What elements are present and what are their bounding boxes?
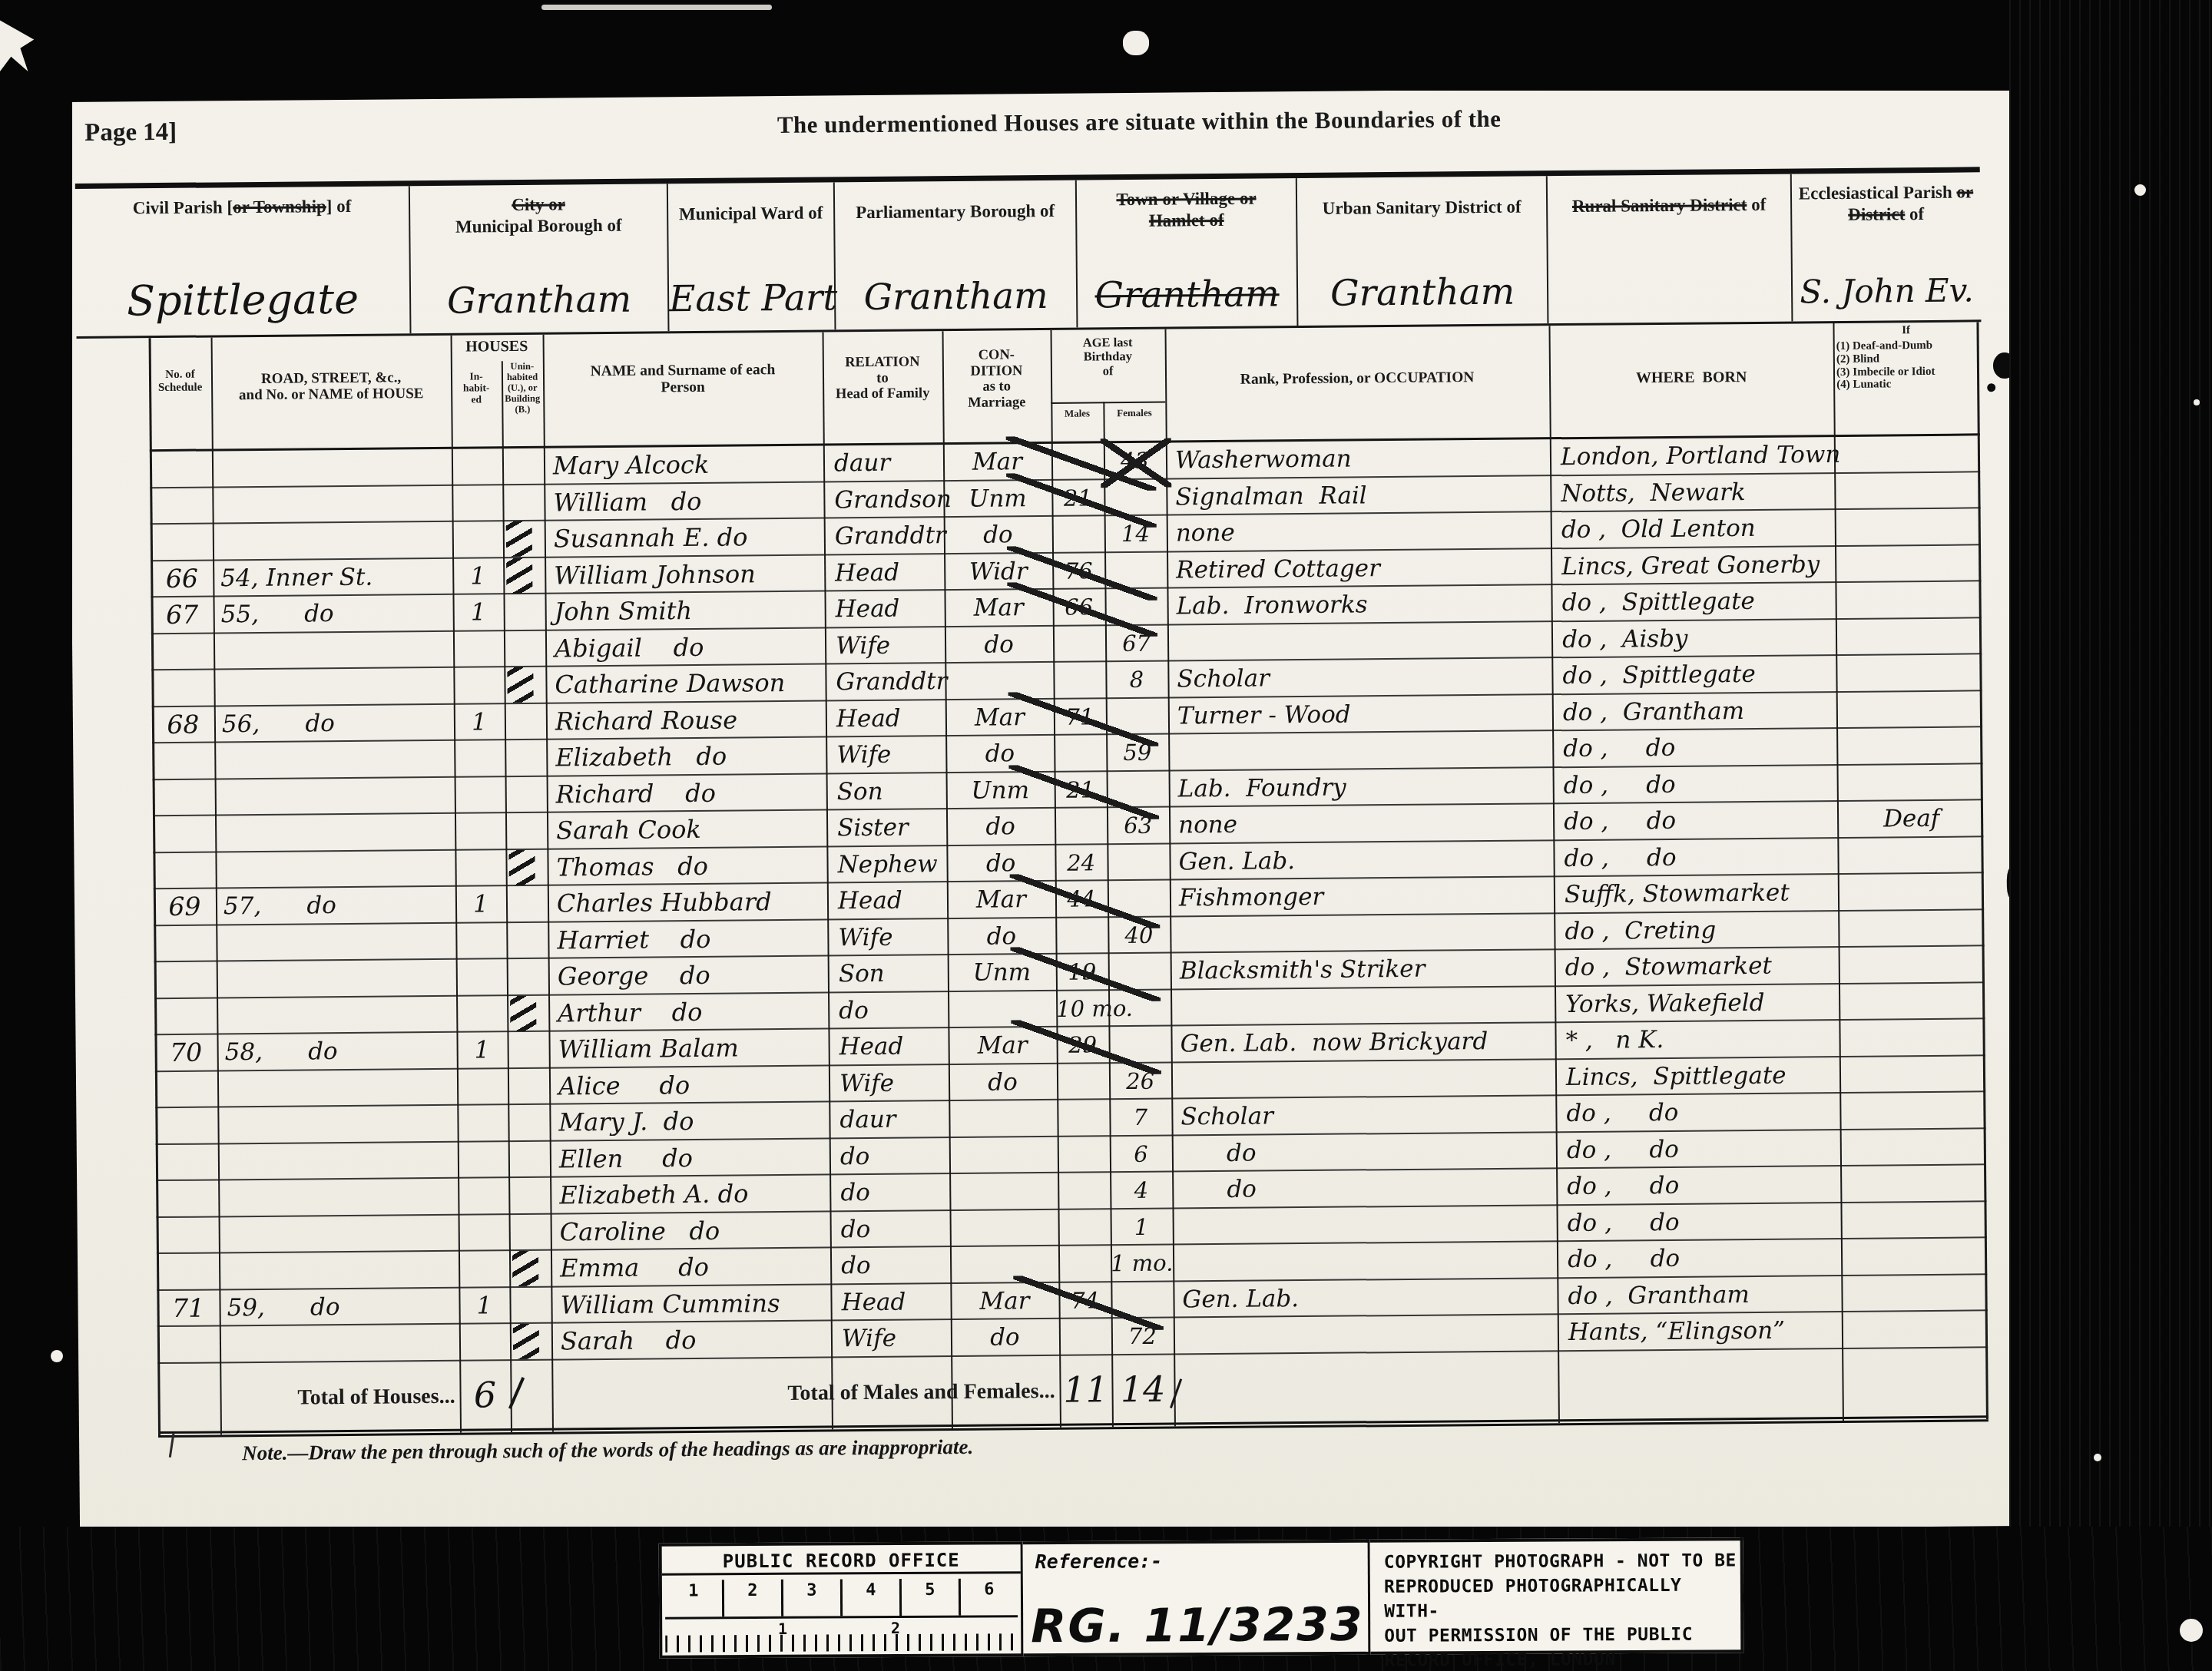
cell-person-name: Elizabeth A. do xyxy=(550,1175,829,1213)
cell-occupation: do xyxy=(1172,1133,1556,1171)
municipal-ward-label: Municipal Ward of xyxy=(668,191,833,225)
label-part: Municipal Borough of xyxy=(455,216,622,237)
ruler-cm-cell: 3 xyxy=(783,1579,843,1616)
cell-road-street xyxy=(213,522,452,560)
cell-road-street: 55, do xyxy=(213,595,452,633)
cell-age-female xyxy=(1107,844,1169,880)
film-border-left xyxy=(0,0,72,1671)
table-body: Mary Alcock daur Mar 43 Washerwoman Lond… xyxy=(150,435,1988,1363)
copyright-line: REPRODUCED PHOTOGRAPHICALLY WITH- xyxy=(1384,1573,1740,1623)
cell-where-born: do , do xyxy=(1557,1239,1841,1277)
header-box-town-village: Town or Village orHamlet of Grantham xyxy=(1077,178,1299,327)
cell-houses-inhabited: 1 xyxy=(452,594,503,630)
cell-age-female: 14 xyxy=(1104,516,1167,552)
cell-where-born: do , Aisby xyxy=(1551,620,1836,657)
ecclesiastical-parish-label: Ecclesiastical Parish orDistrict of xyxy=(1792,181,1980,226)
cell-where-born: Suffk, Stowmarket xyxy=(1554,875,1838,912)
film-scratch xyxy=(541,5,772,10)
cell-relation: Head xyxy=(824,591,944,627)
cell-relation: do xyxy=(829,1174,949,1210)
cell-where-born: Hants, “Elingson” xyxy=(1558,1312,1842,1350)
cell-age-male: 66 xyxy=(1052,589,1104,625)
ruler-cm-cell: 2 xyxy=(724,1580,783,1616)
municipal-borough-value: Grantham xyxy=(447,279,632,323)
cell-houses-inhabited xyxy=(457,1105,508,1141)
cell-schedule-number: 70 xyxy=(154,1034,217,1070)
household-end-mark xyxy=(506,558,532,593)
cell-houses-inhabited: 1 xyxy=(459,1288,509,1324)
cell-infirmity xyxy=(1837,837,1983,874)
cell-houses-uninhabited xyxy=(508,1068,549,1104)
cell-age-female: 26 xyxy=(1109,1063,1171,1099)
cell-houses-inhabited xyxy=(455,850,505,886)
copyright-line: OUT PERMISSION OF THE PUBLIC xyxy=(1384,1622,1740,1648)
cell-road-street xyxy=(219,1252,459,1289)
col-header-males: Males xyxy=(1051,408,1103,419)
film-border-right xyxy=(2009,0,2212,1671)
cell-person-name: John Smith xyxy=(545,591,824,629)
cell-where-born: do , do xyxy=(1553,839,1837,876)
cell-where-born: do , Stowmarket xyxy=(1555,948,1839,985)
cell-infirmity xyxy=(1836,727,1982,764)
cell-houses-inhabited: 1 xyxy=(456,1032,507,1068)
ruler-cm-cell: 5 xyxy=(902,1579,961,1616)
cell-where-born: Notts, Newark xyxy=(1550,474,1834,511)
municipal-borough-label: City orMunicipal Borough of xyxy=(410,193,667,238)
cell-road-street xyxy=(212,485,452,523)
cell-age-female: 40 xyxy=(1108,917,1170,953)
cell-age-female: 1 xyxy=(1110,1209,1172,1245)
cell-road-street xyxy=(215,777,455,815)
film-speck xyxy=(2094,1454,2101,1461)
col-header-infirmity-title: If xyxy=(1833,323,1979,337)
cell-occupation: Turner - Wood xyxy=(1168,695,1552,733)
cell-person-name: Abigail do xyxy=(545,628,825,666)
cell-where-born: do , do xyxy=(1556,1203,1840,1240)
cell-relation: Wife xyxy=(831,1320,951,1356)
parliamentary-borough-label: Parliamentary Borough of xyxy=(835,190,1075,224)
cell-occupation: none xyxy=(1167,512,1551,551)
col-header-females: Females xyxy=(1103,408,1165,419)
copyright-line: COPYRIGHT PHOTOGRAPH - NOT TO BE xyxy=(1384,1548,1740,1574)
cell-age-female xyxy=(1104,552,1167,588)
cell-condition xyxy=(949,1100,1057,1137)
cell-occupation: do xyxy=(1172,1169,1556,1207)
household-end-mark xyxy=(513,1324,539,1359)
cell-condition: Mar xyxy=(945,699,1054,735)
cell-occupation: Lab. Ironworks xyxy=(1167,585,1551,624)
cell-relation: Nephew xyxy=(826,846,946,882)
cell-infirmity xyxy=(1836,654,1982,691)
label-part-struck: Hamlet of xyxy=(1149,210,1224,230)
cell-age-female: 1 mo. xyxy=(1111,1246,1173,1282)
cell-occupation: Scholar xyxy=(1171,1096,1555,1134)
ruler-inches: 1 2 xyxy=(665,1618,1018,1653)
cell-age-male xyxy=(1058,1246,1111,1282)
cell-infirmity xyxy=(1838,910,1984,947)
cell-person-name: Richard do xyxy=(547,774,826,812)
cell-person-name: Charles Hubbard xyxy=(548,883,827,921)
household-end-mark xyxy=(512,1251,538,1286)
cell-road-street xyxy=(218,1179,458,1216)
col-header-inhabited: In- habit- ed xyxy=(451,370,502,405)
cell-where-born: do , Creting xyxy=(1554,911,1838,948)
cell-age-male: 24 xyxy=(1055,845,1107,881)
cell-occupation xyxy=(1167,622,1551,660)
cell-houses-uninhabited xyxy=(507,1032,548,1067)
cell-person-name: Caroline do xyxy=(551,1212,830,1249)
cell-schedule-number xyxy=(154,998,217,1034)
cell-infirmity xyxy=(1840,1202,1986,1239)
municipal-ward-value: East Part xyxy=(669,276,838,320)
cell-infirmity xyxy=(1835,508,1981,545)
cell-houses-inhabited xyxy=(458,1178,508,1214)
cell-age-male: 19 xyxy=(1056,954,1108,990)
cell-occupation xyxy=(1171,1060,1555,1098)
cell-houses-uninhabited xyxy=(505,813,547,849)
cell-road-street xyxy=(219,1215,459,1252)
cell-houses-uninhabited xyxy=(504,630,545,666)
cell-age-male: 29 xyxy=(1056,1027,1108,1063)
header-box-municipal-borough: City orMunicipal Borough of Grantham xyxy=(410,184,670,333)
cell-relation: Head xyxy=(824,554,944,591)
cell-age-male: 44 xyxy=(1055,881,1108,917)
cell-relation: Wife xyxy=(825,627,945,663)
cell-relation: Granddtr xyxy=(825,663,945,700)
stamp-ruler-section: PUBLIC RECORD OFFICE 123456 1 2 xyxy=(659,1541,1024,1658)
cell-houses-uninhabited xyxy=(507,959,548,994)
cell-houses-inhabited xyxy=(456,996,507,1032)
cell-where-born: do , Spittlegate xyxy=(1551,583,1835,620)
cell-infirmity xyxy=(1838,873,1984,910)
cell-houses-inhabited xyxy=(454,740,505,776)
cell-age-male: 21 xyxy=(1051,480,1104,516)
cell-age-female xyxy=(1108,990,1171,1026)
footer-note: Note.—Draw the pen through such of the w… xyxy=(242,1435,973,1465)
cell-road-street xyxy=(217,960,456,998)
cell-schedule-number: 68 xyxy=(152,706,214,743)
cell-condition: Mar xyxy=(947,882,1055,918)
cell-relation: Son xyxy=(826,773,946,809)
cell-houses-inhabited xyxy=(455,813,505,849)
copyright-text: COPYRIGHT PHOTOGRAPH - NOT TO BEREPRODUC… xyxy=(1370,1537,1744,1655)
age-subheader-rule xyxy=(1051,402,1165,404)
cell-infirmity xyxy=(1841,1275,1987,1312)
cell-houses-uninhabited xyxy=(505,740,546,776)
cell-road-street xyxy=(214,631,453,669)
cell-age-female: 43 xyxy=(1104,443,1166,479)
cell-occupation: Washerwoman xyxy=(1166,439,1550,478)
cell-where-born: Lincs, Great Gonerby xyxy=(1551,547,1835,584)
urban-sanitary-label: Urban Sanitary District of xyxy=(1297,185,1546,220)
cell-relation: Sister xyxy=(826,809,946,845)
cell-occupation: Blacksmith's Striker xyxy=(1171,950,1555,988)
cell-occupation: Scholar xyxy=(1167,658,1551,697)
cell-age-male: 71 xyxy=(1054,699,1106,735)
cell-where-born: Lincs, Spittlegate xyxy=(1555,1057,1839,1094)
cell-condition: do xyxy=(951,1319,1059,1355)
household-end-mark xyxy=(508,849,535,885)
cell-age-female xyxy=(1108,954,1171,990)
film-border-top xyxy=(0,0,2212,91)
cell-road-street xyxy=(214,668,453,706)
cell-age-male: 10 mo. xyxy=(1056,991,1108,1027)
cell-condition: Mar xyxy=(944,590,1052,626)
label-part: ] of xyxy=(326,197,352,216)
total-houses-label: Total of Houses... xyxy=(220,1361,460,1434)
cell-person-name: Sarah do xyxy=(551,1321,831,1358)
cell-road-street xyxy=(217,996,456,1034)
col-header-schedule: No. of Schedule xyxy=(149,368,211,394)
cell-road-street xyxy=(217,1069,457,1107)
cell-age-male: 74 xyxy=(1058,1282,1111,1319)
col-header-relation: RELATION to Head of Family xyxy=(823,354,943,403)
cell-schedule-number: 71 xyxy=(157,1290,219,1326)
cell-schedule-number xyxy=(153,779,215,816)
cell-infirmity xyxy=(1839,1092,1985,1129)
cell-occupation xyxy=(1172,1206,1556,1244)
cell-age-male xyxy=(1058,1173,1110,1209)
cell-condition: do xyxy=(944,517,1052,553)
cell-condition xyxy=(949,1137,1058,1173)
cell-houses-uninhabited xyxy=(509,1214,551,1249)
cell-houses-uninhabited xyxy=(508,1141,550,1176)
cell-where-born: do , Old Lenton xyxy=(1551,510,1835,548)
cell-road-street xyxy=(215,850,455,888)
geography-header: Civil Parish [or Township] of Spittlegat… xyxy=(75,167,1982,339)
cell-age-male xyxy=(1058,1209,1110,1246)
cell-schedule-number xyxy=(155,1071,217,1107)
cell-houses-inhabited: 1 xyxy=(454,704,505,740)
film-speck xyxy=(2180,1619,2203,1642)
cell-infirmity xyxy=(1834,472,1980,509)
cell-condition xyxy=(950,1246,1058,1282)
cell-relation: do xyxy=(828,992,948,1028)
cell-relation: Grandson xyxy=(823,481,943,518)
spacer xyxy=(1842,1348,1988,1420)
cell-houses-uninhabited xyxy=(505,703,546,739)
cell-occupation xyxy=(1173,1242,1557,1280)
copyright-line: RECORD OFFICE, LONDON xyxy=(1384,1646,1740,1671)
cell-relation: Head xyxy=(827,882,947,918)
cell-condition: do xyxy=(946,845,1055,881)
cell-schedule-number xyxy=(150,488,212,524)
cell-road-street: 56, do xyxy=(214,704,454,742)
cell-condition: Widr xyxy=(944,553,1052,589)
cell-where-born: do , do xyxy=(1556,1166,1840,1204)
cell-houses-uninhabited xyxy=(507,995,548,1031)
cell-schedule-number xyxy=(153,852,215,888)
film-speck xyxy=(2194,399,2200,405)
cell-houses-inhabited xyxy=(453,667,504,703)
public-record-office-stamp: PUBLIC RECORD OFFICE 123456 1 2 Referenc… xyxy=(659,1537,1744,1658)
cell-age-male xyxy=(1054,735,1106,771)
cell-age-male xyxy=(1053,662,1105,698)
total-houses-value: 6 xyxy=(459,1361,511,1432)
urban-sanitary-value: Grantham xyxy=(1330,271,1515,315)
cell-age-male xyxy=(1057,1100,1109,1136)
totals-stray-mark xyxy=(157,1363,220,1434)
cell-houses-inhabited xyxy=(458,1142,508,1178)
header-box-municipal-ward: Municipal Ward of East Part xyxy=(668,182,836,331)
cell-person-name: William Balam xyxy=(548,1029,828,1067)
civil-parish-value: Spittlegate xyxy=(127,275,359,326)
cell-occupation xyxy=(1170,914,1554,952)
cell-houses-uninhabited xyxy=(506,886,548,922)
cell-person-name: Thomas do xyxy=(547,847,826,885)
spacer xyxy=(1558,1348,1843,1421)
cell-occupation: Gen. Lab. xyxy=(1173,1279,1557,1317)
cell-houses-inhabited xyxy=(452,521,503,558)
cell-age-female xyxy=(1108,881,1170,917)
cell-condition: Unm xyxy=(948,955,1056,991)
cell-relation: Granddtr xyxy=(824,518,944,554)
cell-person-name: Susannah E. do xyxy=(545,519,824,557)
cell-condition: Mar xyxy=(943,444,1051,480)
cell-road-street: 58, do xyxy=(217,1033,456,1070)
cell-age-female: 59 xyxy=(1106,735,1168,771)
cell-relation: Head xyxy=(828,1028,948,1064)
cell-schedule-number xyxy=(156,1144,218,1180)
stamp-title: PUBLIC RECORD OFFICE xyxy=(662,1544,1021,1575)
cell-houses-uninhabited xyxy=(503,594,545,630)
cell-age-male xyxy=(1055,918,1108,954)
cell-houses-inhabited xyxy=(455,777,505,813)
page-banner-title: The undermentioned Houses are situate wi… xyxy=(298,101,1980,143)
ink-blot xyxy=(1987,383,1995,392)
cell-road-street xyxy=(220,1325,459,1362)
cell-infirmity xyxy=(1840,1129,1986,1166)
cell-condition xyxy=(949,1173,1058,1209)
header-box-urban-sanitary: Urban Sanitary District of Grantham xyxy=(1297,176,1549,326)
cell-houses-uninhabited xyxy=(509,1251,551,1286)
page-number-label: Page 14] xyxy=(84,118,177,147)
cell-relation: Wife xyxy=(826,736,945,773)
cell-relation: Son xyxy=(828,955,948,991)
cell-infirmity xyxy=(1839,946,1985,983)
spacer xyxy=(1174,1352,1558,1425)
cell-schedule-number xyxy=(151,670,214,706)
cell-relation: do xyxy=(830,1211,950,1247)
cell-occupation: Gen. Lab. now Brickyard xyxy=(1171,1023,1555,1061)
label-part-struck: or xyxy=(1956,182,1973,201)
cell-condition: do xyxy=(946,809,1055,845)
census-page: Page 14] The undermentioned Houses are s… xyxy=(68,85,2023,1543)
cell-houses-inhabited xyxy=(456,959,507,995)
cell-relation: Wife xyxy=(827,919,947,955)
cell-occupation: Retired Cottager xyxy=(1167,549,1551,587)
film-speck xyxy=(2134,184,2146,196)
cell-infirmity: Deaf xyxy=(1837,800,1983,837)
cell-person-name: Ellen do xyxy=(550,1139,829,1176)
cell-person-name: William Johnson xyxy=(545,555,824,593)
ruler-ticks xyxy=(665,1633,1018,1652)
header-box-civil-parish: Civil Parish [or Township] of Spittlegat… xyxy=(75,186,412,336)
label-part-struck: Rural Sanitary District xyxy=(1572,195,1747,216)
cell-houses-uninhabited xyxy=(502,485,544,520)
header-box-ecclesiastical-parish: Ecclesiastical Parish orDistrict of S. J… xyxy=(1792,172,1982,321)
cell-where-born: London, Portland Town xyxy=(1550,437,1834,475)
cell-age-male: 76 xyxy=(1052,553,1104,589)
cell-relation: Head xyxy=(826,700,945,736)
cell-houses-uninhabited xyxy=(510,1324,551,1359)
reference-number: RG. 11/3233 xyxy=(1031,1598,1364,1653)
cell-age-female: 7 xyxy=(1109,1100,1171,1136)
parliamentary-borough-value: Grantham xyxy=(863,275,1048,319)
label-part-struck: or Township xyxy=(233,197,326,217)
ruler-cm-cell: 6 xyxy=(961,1578,1018,1615)
cell-houses-inhabited xyxy=(453,631,504,667)
cell-houses-inhabited xyxy=(459,1251,509,1287)
cell-houses-inhabited xyxy=(452,485,502,521)
total-females-value: 14 xyxy=(1111,1355,1174,1426)
cell-where-born: do , Spittlegate xyxy=(1551,656,1836,693)
cell-houses-inhabited xyxy=(459,1215,509,1251)
cell-houses-uninhabited xyxy=(505,849,547,885)
cell-houses-uninhabited xyxy=(504,667,545,703)
cell-relation: daur xyxy=(829,1101,949,1137)
cell-age-female: 67 xyxy=(1105,625,1167,661)
col-header-houses: HOUSES xyxy=(451,338,543,356)
cell-person-name: Emma do xyxy=(551,1248,830,1286)
town-village-value: Grantham xyxy=(1094,273,1280,316)
cell-houses-inhabited xyxy=(452,448,502,485)
cell-schedule-number xyxy=(150,451,212,487)
col-header-age: AGE last Birthday of xyxy=(1051,336,1165,379)
ruler-cm-cell: 4 xyxy=(843,1579,902,1616)
cell-condition: do xyxy=(949,1064,1057,1100)
household-end-mark xyxy=(506,521,532,557)
cell-schedule-number xyxy=(151,634,214,670)
cell-schedule-number xyxy=(153,816,215,852)
cell-age-male xyxy=(1057,1064,1109,1100)
cell-relation: Wife xyxy=(829,1065,949,1101)
cell-occupation: Fishmonger xyxy=(1170,877,1554,915)
label-part: Ecclesiastical Parish xyxy=(1799,183,1957,203)
cell-condition: do xyxy=(945,736,1054,772)
label-part: of xyxy=(1747,195,1766,214)
cell-schedule-number xyxy=(154,961,217,998)
cell-relation: do xyxy=(830,1247,950,1283)
cell-road-street: 59, do xyxy=(219,1288,459,1325)
cell-infirmity xyxy=(1842,1311,1988,1348)
cell-houses-inhabited: 1 xyxy=(452,558,503,594)
total-males-females-label: Total of Males and Females... xyxy=(551,1355,1060,1431)
cell-condition xyxy=(948,991,1056,1027)
cell-houses-uninhabited xyxy=(508,1178,550,1213)
col-header-name: NAME and Surname of each Person xyxy=(543,362,823,398)
cell-occupation: none xyxy=(1169,804,1553,842)
cell-infirmity xyxy=(1836,764,1982,801)
cell-schedule-number xyxy=(157,1253,219,1289)
cell-age-female: 63 xyxy=(1107,808,1169,844)
scanned-census-photograph: Page 14] The undermentioned Houses are s… xyxy=(0,0,2212,1671)
cell-relation: Head xyxy=(830,1284,950,1320)
cell-condition: Unm xyxy=(946,772,1055,808)
cell-person-name: Mary J. do xyxy=(549,1102,829,1140)
cell-where-born: do , do xyxy=(1553,802,1837,839)
col-header-road: ROAD, STREET, &c., and No. or NAME of HO… xyxy=(211,369,451,404)
cell-houses-inhabited xyxy=(455,923,506,959)
cell-occupation xyxy=(1168,731,1552,769)
cell-relation: do xyxy=(829,1138,949,1174)
cell-where-born: do , do xyxy=(1552,729,1836,766)
header-box-parliamentary-borough: Parliamentary Borough of Grantham xyxy=(835,180,1078,330)
cell-age-male xyxy=(1051,443,1104,479)
rural-sanitary-label: Rural Sanitary District of xyxy=(1548,184,1790,218)
cell-houses-uninhabited xyxy=(502,448,544,484)
cell-condition xyxy=(950,1209,1058,1246)
